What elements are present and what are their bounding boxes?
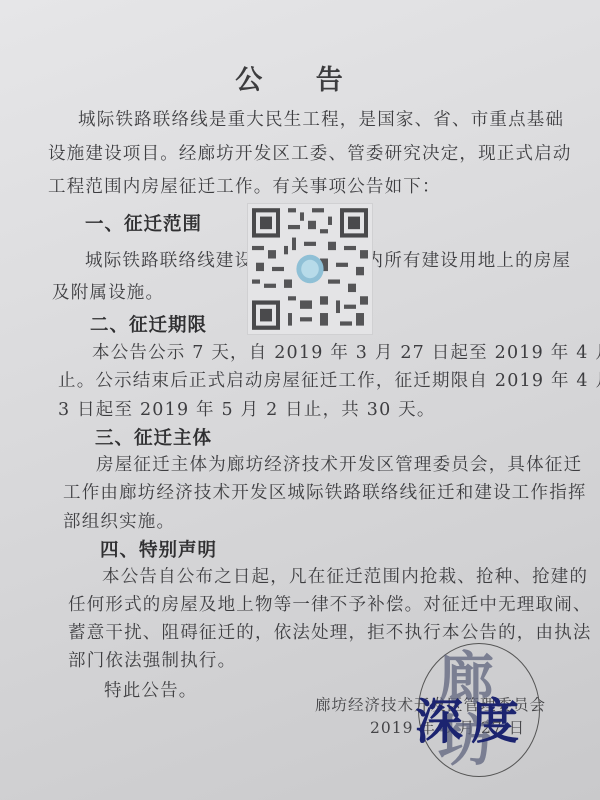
section-line: 本公告自公布之日起，凡在征迁范围内抢栽、抢种、抢建的 bbox=[102, 563, 588, 588]
notice-title: 公 告 bbox=[0, 58, 600, 97]
section-line: 部组织实施。 bbox=[63, 508, 175, 533]
section-heading: 三、征迁主体 bbox=[95, 424, 212, 450]
qr-code-icon[interactable] bbox=[247, 203, 373, 335]
closing-text: 特此公告。 bbox=[104, 677, 198, 702]
section-heading: 一、征迁范围 bbox=[85, 210, 202, 236]
section-line: 工作由廊坊经济技术开发区城际铁路联络线征迁和建设工作指挥 bbox=[63, 479, 587, 504]
watermark-horizontal: 深度 bbox=[415, 683, 527, 752]
section-line: 止。公示结束后正式启动房屋征迁工作，征迁期限自 2019 年 4 月 bbox=[58, 367, 600, 392]
section-heading: 二、征迁期限 bbox=[90, 311, 207, 337]
section-line: 蓄意干扰、阻碍征迁的，依法处理，拒不执行本公告的，由执法 bbox=[68, 619, 592, 644]
section-line: 部门依法强制执行。 bbox=[68, 647, 236, 672]
section-heading: 四、特别声明 bbox=[100, 536, 217, 562]
intro-line: 设施建设项目。经廊坊开发区工委、管委研究决定，现正式启动 bbox=[48, 140, 572, 165]
intro-line: 城际铁路联络线是重大民生工程，是国家、省、市重点基础 bbox=[78, 106, 564, 131]
section-line: 任何形式的房屋及地上物等一律不予补偿。对征迁中无理取闹、 bbox=[68, 591, 592, 616]
section-line: 3 日起至 2019 年 5 月 2 日止，共 30 天。 bbox=[58, 396, 436, 421]
intro-line: 工程范围内房屋征迁工作。有关事项公告如下： bbox=[48, 173, 441, 198]
section-line: 及附属设施。 bbox=[52, 279, 164, 304]
section-line: 房屋征迁主体为廊坊经济技术开发区管理委员会，具体征迁 bbox=[96, 451, 582, 476]
section-line: 本公告公示 7 天，自 2019 年 3 月 27 日起至 2019 年 4 月… bbox=[92, 339, 600, 364]
